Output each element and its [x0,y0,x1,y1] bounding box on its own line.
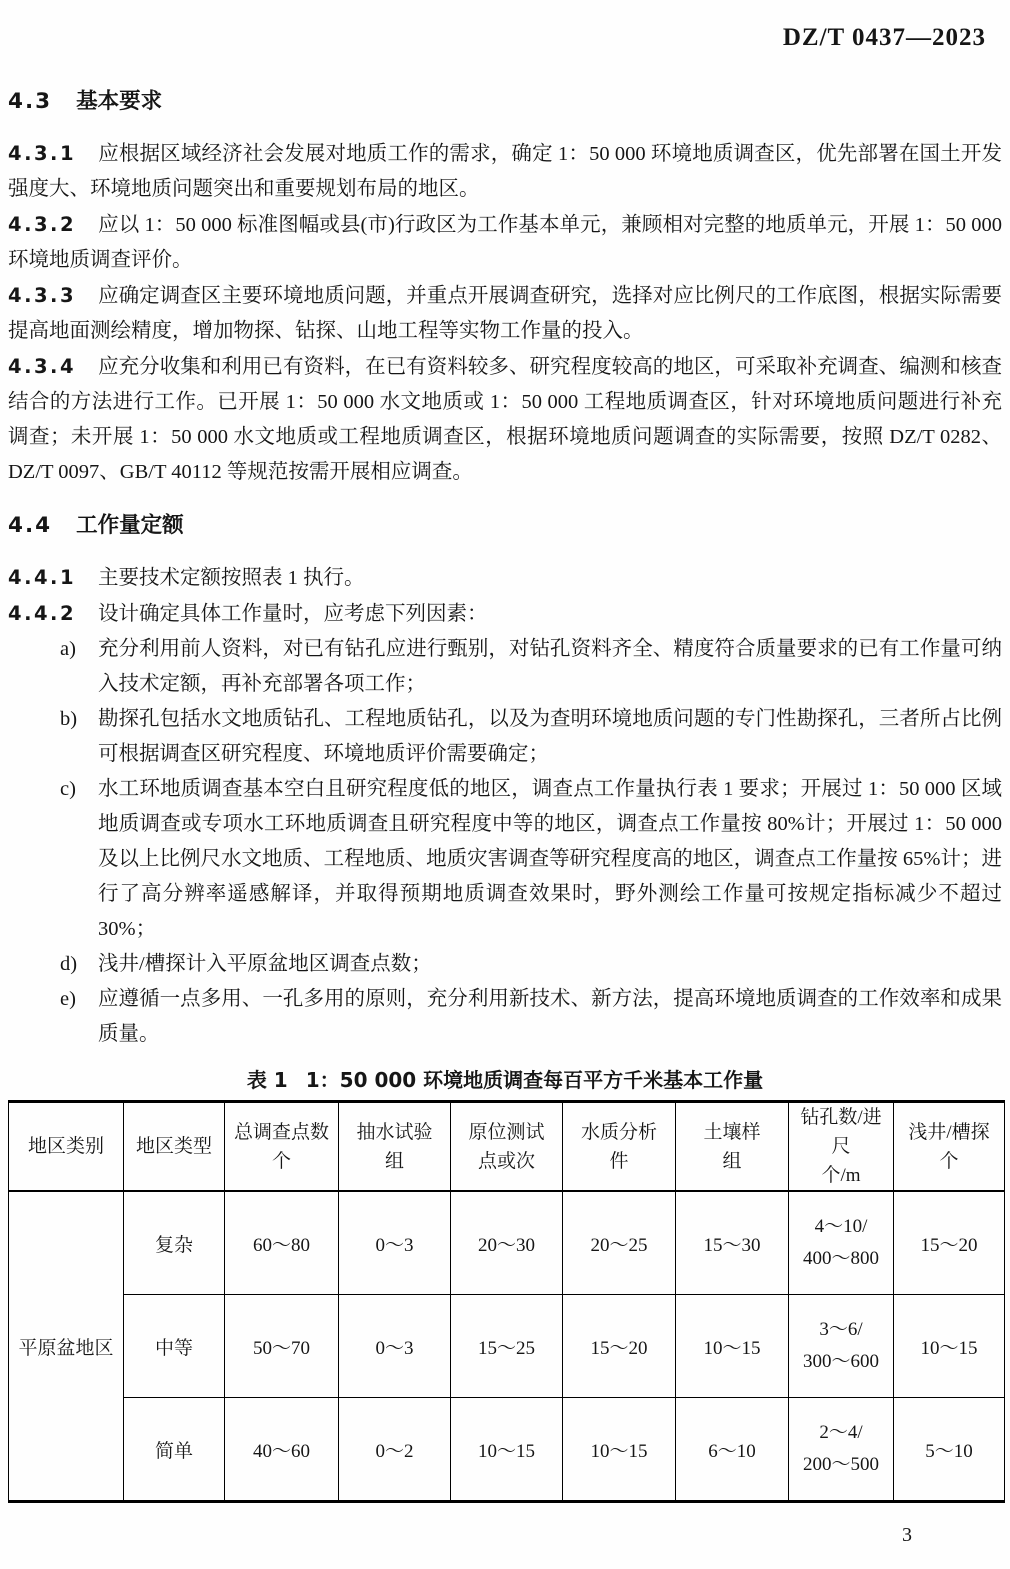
clause-number: 4.3.3 [8,284,76,307]
table-header-cell: 浅井/槽探个 [894,1102,1005,1192]
section-heading-4-4: 4.4 工作量定额 [8,512,1002,540]
table-cell: 10～15 [894,1295,1005,1398]
table-caption-label: 表 1 [247,1068,288,1092]
table-cell: 10～15 [563,1398,676,1502]
clause-4-3-4: 4.3.4应充分收集和利用已有资料，在已有资料较多、研究程度较高的地区，可采取补… [8,349,1002,490]
table-cell: 复杂 [124,1191,225,1295]
clause-4-3-1: 4.3.1应根据区域经济社会发展对地质工作的需求，确定 1：50 000 环境地… [8,136,1002,207]
table-cell: 60～80 [225,1191,339,1295]
table-cell: 10～15 [451,1398,563,1502]
table-cell: 15～20 [894,1191,1005,1295]
clause-text: 设计确定具体工作量时，应考虑下列因素： [98,603,488,625]
table-cell: 15～25 [451,1295,563,1398]
table-header-cell: 总调查点数个 [225,1102,339,1192]
page-content: 4.3 基本要求 4.3.1应根据区域经济社会发展对地质工作的需求，确定 1：5… [8,88,1002,1503]
list-item-label: a) [60,632,98,702]
section-title: 基本要求 [76,88,162,116]
list-item-label: e) [60,982,98,1052]
table-cell: 20～25 [563,1191,676,1295]
table-cell: 简单 [124,1398,225,1502]
table-header-cell: 原位测试点或次 [451,1102,563,1192]
section-number: 4.4 [8,512,52,540]
document-page: DZ/T 0437—2023 4.3 基本要求 4.3.1应根据区域经济社会发展… [0,0,1010,1569]
clause-text: 应以 1：50 000 标准图幅或县(市)行政区为工作基本单元，兼顾相对完整的地… [8,214,1002,271]
section-number: 4.3 [8,88,52,116]
clause-number: 4.4.2 [8,602,76,625]
clause-text: 应确定调查区主要环境地质问题，并重点开展调查研究，选择对应比例尺的工作底图，根据… [8,285,1002,342]
clause-number: 4.3.2 [8,213,76,236]
list-item-label: c) [60,772,98,947]
clause-4-3-2: 4.3.2应以 1：50 000 标准图幅或县(市)行政区为工作基本单元，兼顾相… [8,207,1002,278]
clause-number: 4.4.1 [8,566,76,589]
table-cell: 0～2 [339,1398,451,1502]
list-item-text: 水工环地质调查基本空白且研究程度低的地区，调查点工作量执行表 1 要求；开展过 … [98,772,1002,947]
table-header-row: 地区类别 地区类型 总调查点数个 抽水试验组 原位测试点或次 水质分析件 土壤样… [9,1102,1005,1192]
table-cell: 6～10 [676,1398,789,1502]
clause-number: 4.3.1 [8,142,76,165]
table-header-cell: 地区类型 [124,1102,225,1192]
page-number: 3 [902,1524,912,1547]
table-cell: 20～30 [451,1191,563,1295]
table-cell: 2～4/ 200～500 [789,1398,894,1502]
table-cell: 40～60 [225,1398,339,1502]
region-cell: 平原盆地区 [9,1191,124,1502]
list-item-a: a) 充分利用前人资料，对已有钻孔应进行甄别，对钻孔资料齐全、精度符合质量要求的… [8,632,1002,702]
table-row: 平原盆地区 复杂 60～80 0～3 20～30 20～25 15～30 4～1… [9,1191,1005,1295]
section-heading-4-3: 4.3 基本要求 [8,88,1002,116]
table-header-cell: 钻孔数/进尺个/m [789,1102,894,1192]
table-cell: 0～3 [339,1191,451,1295]
list-item-c: c) 水工环地质调查基本空白且研究程度低的地区，调查点工作量执行表 1 要求；开… [8,772,1002,947]
clause-4-4-1: 4.4.1主要技术定额按照表 1 执行。 [8,560,1002,596]
list-item-text: 充分利用前人资料，对已有钻孔应进行甄别，对钻孔资料齐全、精度符合质量要求的已有工… [98,632,1002,702]
table-cell: 15～20 [563,1295,676,1398]
list-item-text: 应遵循一点多用、一孔多用的原则，充分利用新技术、新方法，提高环境地质调查的工作效… [98,982,1002,1052]
section-title: 工作量定额 [76,512,184,540]
list-item-label: b) [60,702,98,772]
doc-number: DZ/T 0437—2023 [783,24,986,52]
clause-text: 应充分收集和利用已有资料，在已有资料较多、研究程度较高的地区，可采取补充调查、编… [8,356,1002,483]
table-header-cell: 地区类别 [9,1102,124,1192]
work-quota-table: 地区类别 地区类型 总调查点数个 抽水试验组 原位测试点或次 水质分析件 土壤样… [8,1100,1005,1503]
table-cell: 15～30 [676,1191,789,1295]
table-cell: 10～15 [676,1295,789,1398]
table-cell: 0～3 [339,1295,451,1398]
table-cell: 3～6/ 300～600 [789,1295,894,1398]
clause-4-3-3: 4.3.3应确定调查区主要环境地质问题，并重点开展调查研究，选择对应比例尺的工作… [8,278,1002,349]
list-item-b: b) 勘探孔包括水文地质钻孔、工程地质钻孔，以及为查明环境地质问题的专门性勘探孔… [8,702,1002,772]
list-item-label: d) [60,947,98,982]
table-header-cell: 土壤样组 [676,1102,789,1192]
table-header-cell: 水质分析件 [563,1102,676,1192]
table-cell: 5～10 [894,1398,1005,1502]
list-item-d: d) 浅井/槽探计入平原盆地区调查点数； [8,947,1002,982]
list-item-text: 勘探孔包括水文地质钻孔、工程地质钻孔，以及为查明环境地质问题的专门性勘探孔，三者… [98,702,1002,772]
clause-number: 4.3.4 [8,355,76,378]
list-item-text: 浅井/槽探计入平原盆地区调查点数； [98,947,1002,982]
clause-text: 应根据区域经济社会发展对地质工作的需求，确定 1：50 000 环境地质调查区，… [8,143,1002,200]
table-cell: 50～70 [225,1295,339,1398]
table-caption-text: 1：50 000 环境地质调查每百平方千米基本工作量 [306,1068,763,1092]
clause-text: 主要技术定额按照表 1 执行。 [98,567,365,589]
list-item-e: e) 应遵循一点多用、一孔多用的原则，充分利用新技术、新方法，提高环境地质调查的… [8,982,1002,1052]
table-row: 中等 50～70 0～3 15～25 15～20 10～15 3～6/ 300～… [9,1295,1005,1398]
table-cell: 4～10/ 400～800 [789,1191,894,1295]
table-cell: 中等 [124,1295,225,1398]
clause-4-4-2: 4.4.2设计确定具体工作量时，应考虑下列因素： [8,596,1002,632]
table-row: 简单 40～60 0～2 10～15 10～15 6～10 2～4/ 200～5… [9,1398,1005,1502]
table-caption: 表 11：50 000 环境地质调查每百平方千米基本工作量 [8,1068,1002,1092]
table-header-cell: 抽水试验组 [339,1102,451,1192]
